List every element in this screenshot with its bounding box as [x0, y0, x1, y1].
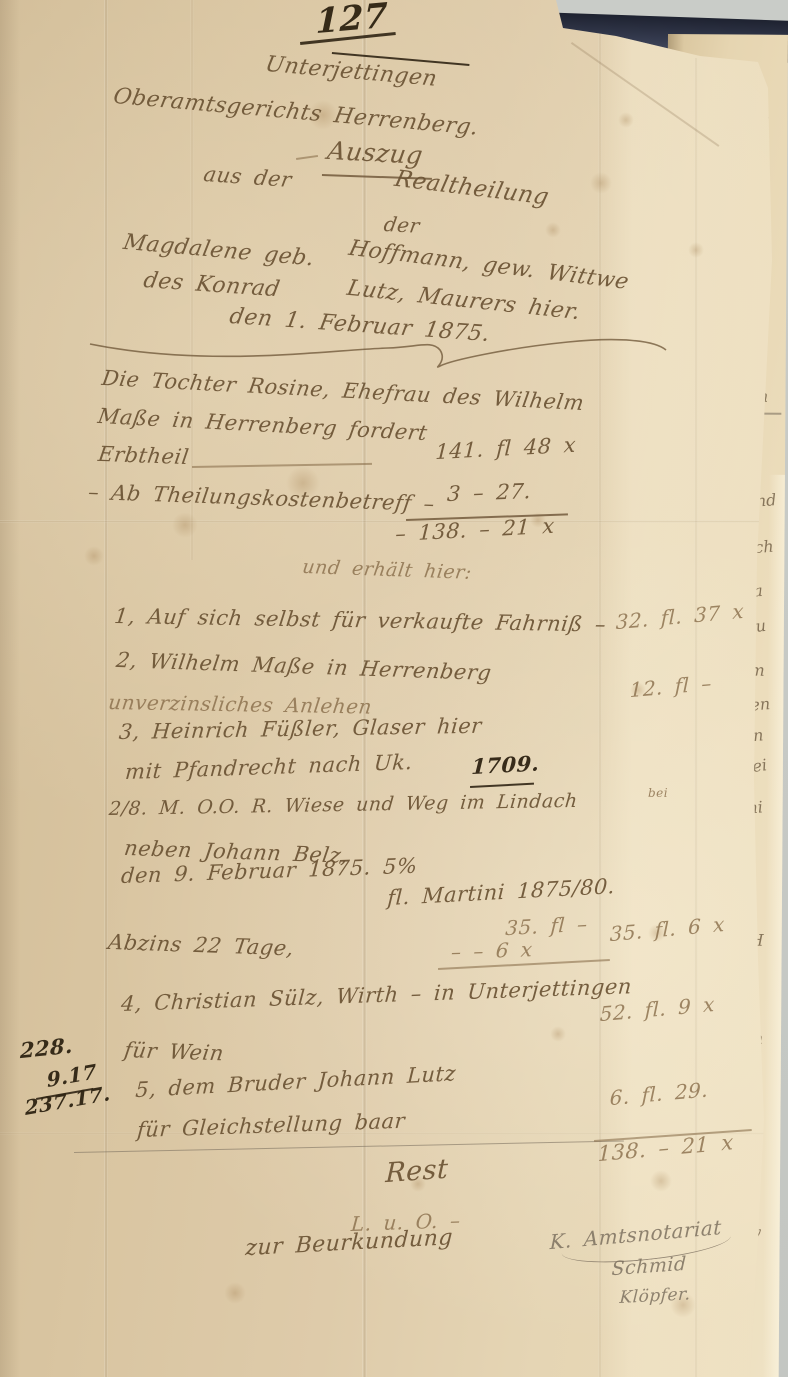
header-deed-type: Realtheilung — [392, 166, 551, 210]
receives-line: und erhält hier: — [301, 556, 473, 584]
filler-dash — [192, 463, 372, 468]
item-5-line-1: 5, dem Bruder Johann Lutz — [135, 1061, 457, 1102]
deed-number-underline — [470, 783, 534, 788]
header-spouse-1: des Konrad — [142, 268, 282, 302]
fold-crease — [362, 0, 367, 1377]
title-dash — [296, 155, 318, 160]
footer-certify: zur Beurkundung — [245, 1225, 454, 1261]
page-left-shading — [0, 0, 20, 1377]
fold-crease — [104, 0, 108, 1377]
erbtheil-amount: 141. fl 48 x — [435, 433, 577, 464]
deduction-label: – Ab Theilungskostenbetreff – — [87, 480, 437, 516]
item-3-superscript: bei — [648, 786, 668, 800]
item-3-line-1: 3, Heinrich Füßler, Glaser hier — [118, 714, 483, 744]
item-2-line-2: unverzinsliches Anlehen — [107, 690, 373, 719]
item-1-line: 1, Auf sich selbst für verkaufte Fahrniß… — [113, 604, 608, 637]
header-article: der — [382, 212, 421, 238]
fold-crease — [598, 0, 602, 1377]
flourish-divider — [88, 330, 668, 374]
item-4-line-2: für Wein — [123, 1038, 226, 1065]
footer-rest: Rest — [385, 1154, 449, 1190]
claim-line-2: Maße in Herrenberg fordert — [96, 404, 429, 445]
item-3-line-2: mit Pfandrecht nach Uk. — [124, 750, 413, 784]
item-3-line-6: fl. Martini 1875/80. — [387, 874, 616, 910]
photo-of-document: 46 na n am und ich ba Lu m den in bei ni… — [0, 0, 788, 1377]
item-3-deed-number: 1709. — [471, 750, 540, 779]
erbtheil-label: Erbtheil — [97, 442, 191, 469]
item-2-line-1: 2, Wilhelm Maße in Herrenberg — [115, 648, 493, 685]
far-page-edge — [763, 475, 785, 1377]
header-name-1: Magdalene geb. — [121, 230, 316, 271]
margin-number-1: 228. — [20, 1032, 73, 1063]
header-court: Oberamtsgerichts Herrenberg. — [111, 84, 481, 141]
item-4-line-1: 4, Christian Sülz, Wirth – in Unterjetti… — [120, 974, 632, 1016]
doc-title: Auszug — [325, 136, 425, 170]
signature-2: Klöpfer. — [619, 1284, 691, 1308]
header-place: Unterjettingen — [263, 52, 439, 92]
sum-line-long — [74, 1140, 624, 1153]
item-3-subamount-2: – – 6 x — [450, 937, 533, 964]
fold-crease — [0, 520, 760, 523]
item-3-line-3: 2/8. M. O.O. R. Wiese und Weg im Lindach — [108, 790, 579, 820]
item-3-line-7: Abzins 22 Tage, — [107, 930, 296, 960]
header-from-line: aus der — [202, 162, 294, 192]
item-3-subamount-1: 35. fl – — [505, 912, 588, 940]
document-page: 127 Unterjettingen Oberamtsgerichts Herr… — [0, 0, 788, 1377]
deduction-amount: 3 – 27. — [446, 479, 532, 506]
